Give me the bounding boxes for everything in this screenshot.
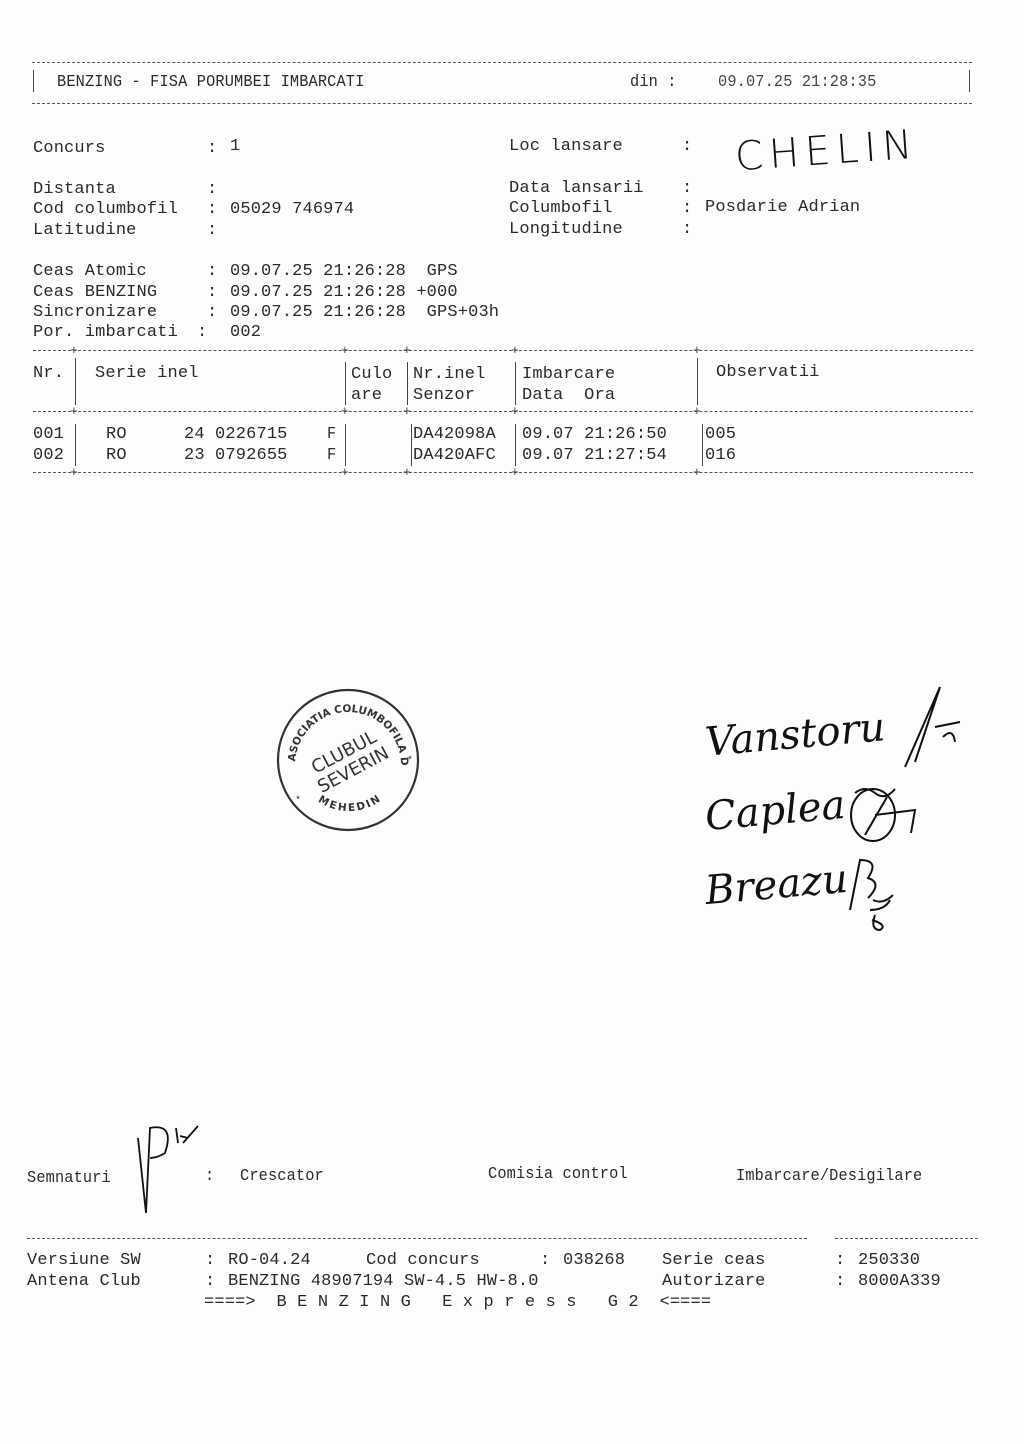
benzing-colon: :	[207, 282, 217, 303]
row-sep-culoare	[411, 424, 412, 466]
row-observatii: 016	[705, 445, 736, 466]
semnaturi-label: Semnaturi	[27, 1168, 111, 1189]
antena-colon: :	[205, 1271, 215, 1292]
signature-mark-1	[895, 682, 965, 772]
header-nrinel-2: Senzor	[413, 385, 475, 406]
signature-vanstoru: Vanstoru	[703, 704, 887, 766]
por-imbarcati-label: Por. imbarcati	[33, 322, 178, 343]
junction: +	[511, 405, 519, 418]
row-sep-nr	[75, 424, 76, 466]
row-ring: 24 0226715	[184, 424, 288, 445]
cod-concurs-value: 038268	[563, 1250, 625, 1271]
junction: +	[511, 344, 519, 357]
versiune-colon: :	[205, 1250, 215, 1271]
columbofil-value: Posdarie Adrian	[705, 197, 860, 218]
col-sep-culoare	[407, 362, 408, 405]
junction: +	[403, 344, 411, 357]
columbofil-colon: :	[682, 198, 692, 219]
longitudine-colon: :	[682, 219, 692, 240]
serie-ceas-value: 250330	[858, 1250, 920, 1271]
latitudine-colon: :	[207, 220, 217, 241]
ceas-atomic-value: 09.07.25 21:26:28 GPS	[230, 261, 458, 282]
header-bottom-border	[32, 103, 972, 104]
sync-colon: :	[207, 302, 217, 323]
crescator-label: Crescator	[240, 1166, 324, 1187]
benzing-express-banner: ====> B E N Z I N G E x p r e s s G 2 <=…	[204, 1292, 711, 1313]
junction: +	[70, 405, 78, 418]
signature-caplea: Caplea	[703, 782, 847, 840]
concurs-value: 1	[230, 136, 240, 157]
row-senzor: DA420AFC	[413, 445, 496, 466]
por-colon: :	[197, 322, 207, 343]
header-serie-inel: Serie inel	[95, 363, 199, 384]
row-sep-imbarcare	[702, 424, 703, 466]
antena-club-value: BENZING 48907194 SW-4.5 HW-8.0	[228, 1271, 539, 1292]
row-ring: 23 0792655	[184, 445, 288, 466]
sincronizare-label: Sincronizare	[33, 302, 157, 323]
concurs-colon: :	[207, 138, 217, 159]
distanta-label: Distanta	[33, 179, 116, 200]
junction: +	[70, 344, 78, 357]
row-country: RO	[106, 445, 127, 466]
row-sep-senzor	[515, 424, 516, 466]
junction: +	[693, 344, 701, 357]
print-datetime: 09.07.25 21:28:35	[718, 72, 876, 93]
col-sep-nr	[75, 358, 76, 405]
junction: +	[693, 405, 701, 418]
header-observatii: Observatii	[716, 362, 820, 383]
row-imbarcare: 09.07 21:26:50	[522, 424, 667, 445]
concurs-label: Concurs	[33, 138, 105, 159]
autorizare-colon: :	[835, 1271, 845, 1292]
header-left-border	[33, 70, 34, 92]
cod-columbofil-value: 05029 746974	[230, 199, 354, 220]
footer-rule-left	[27, 1238, 807, 1239]
junction: +	[511, 466, 519, 479]
document-title: BENZING - FISA PORUMBEI IMBARCATI	[57, 72, 364, 93]
row-sex: F	[327, 445, 336, 466]
sincronizare-value: 09.07.25 21:26:28 GPS+03h	[230, 302, 499, 323]
col-sep-serie	[345, 362, 346, 405]
loc-lansare-handwritten: CHELIN	[734, 122, 920, 181]
header-nrinel-1: Nr.inel	[413, 364, 485, 385]
junction: +	[70, 466, 78, 479]
ceas-atomic-label: Ceas Atomic	[33, 261, 147, 282]
latitudine-label: Latitudine	[33, 220, 137, 241]
header-imbarcare-1: Imbarcare	[522, 364, 615, 385]
junction: +	[403, 466, 411, 479]
imbarcare-desigilare-label: Imbarcare/Desigilare	[736, 1166, 922, 1187]
comisia-control-label: Comisia control	[488, 1164, 628, 1185]
header-culoare-2: are	[351, 385, 382, 406]
junction: +	[403, 405, 411, 418]
antena-club-label: Antena Club	[27, 1271, 141, 1292]
header-top-border	[32, 62, 972, 63]
header-culoare-1: Culo	[351, 364, 392, 385]
row-senzor: DA42098A	[413, 424, 496, 445]
row-observatii: 005	[705, 424, 736, 445]
serie-ceas-label: Serie ceas	[662, 1250, 766, 1271]
semnaturi-colon: :	[205, 1166, 214, 1187]
row-country: RO	[106, 424, 127, 445]
header-nr: Nr.	[33, 363, 64, 384]
loc-colon: :	[682, 136, 692, 157]
header-right-border	[969, 70, 970, 92]
junction: +	[341, 405, 349, 418]
versiune-sw-label: Versiune SW	[27, 1250, 141, 1271]
din-label: din :	[630, 72, 677, 93]
header-imbarcare-2: Data Ora	[522, 385, 615, 406]
loc-lansare-label: Loc lansare	[509, 136, 623, 157]
distanta-colon: :	[207, 179, 217, 200]
signature-mark-2	[845, 775, 925, 850]
club-stamp: ASOCIATIA COLUMBOFILA DROBETA MEHEDINTI …	[273, 685, 423, 835]
atomic-colon: :	[207, 261, 217, 282]
versiune-sw-value: RO-04.24	[228, 1250, 311, 1271]
row-sep-serie	[345, 424, 346, 466]
col-sep-imbarcare	[697, 358, 698, 405]
table-top-rule	[33, 350, 973, 351]
autorizare-label: Autorizare	[662, 1271, 766, 1292]
por-imbarcati-value: 002	[230, 322, 261, 343]
serie-ceas-colon: :	[835, 1250, 845, 1271]
autorizare-value: 8000A339	[858, 1271, 941, 1292]
data-lansarii-label: Data lansarii	[509, 178, 644, 199]
col-sep-senzor	[515, 362, 516, 405]
ceas-benzing-value: 09.07.25 21:26:28 +000	[230, 282, 458, 303]
ceas-benzing-label: Ceas BENZING	[33, 282, 157, 303]
star-icon: *	[295, 795, 301, 807]
row-sex: F	[327, 424, 336, 445]
row-nr: 001	[33, 424, 64, 445]
table-header-rule	[33, 411, 973, 412]
cod-concurs-label: Cod concurs	[366, 1250, 480, 1271]
data-lansarii-colon: :	[682, 178, 692, 199]
junction: +	[341, 466, 349, 479]
cod-colon: :	[207, 199, 217, 220]
signature-breazu: Breazu	[703, 856, 849, 914]
junction: +	[693, 466, 701, 479]
signature-mark-3	[845, 855, 905, 935]
columbofil-label: Columbofil	[509, 198, 613, 219]
cod-columbofil-label: Cod columbofil	[33, 199, 178, 220]
row-imbarcare: 09.07 21:27:54	[522, 445, 667, 466]
longitudine-label: Longitudine	[509, 219, 623, 240]
star-icon: *	[407, 755, 413, 767]
table-bottom-rule	[33, 472, 973, 473]
row-nr: 002	[33, 445, 64, 466]
junction: +	[341, 344, 349, 357]
cod-concurs-colon: :	[540, 1250, 550, 1271]
footer-rule-right	[835, 1238, 978, 1239]
